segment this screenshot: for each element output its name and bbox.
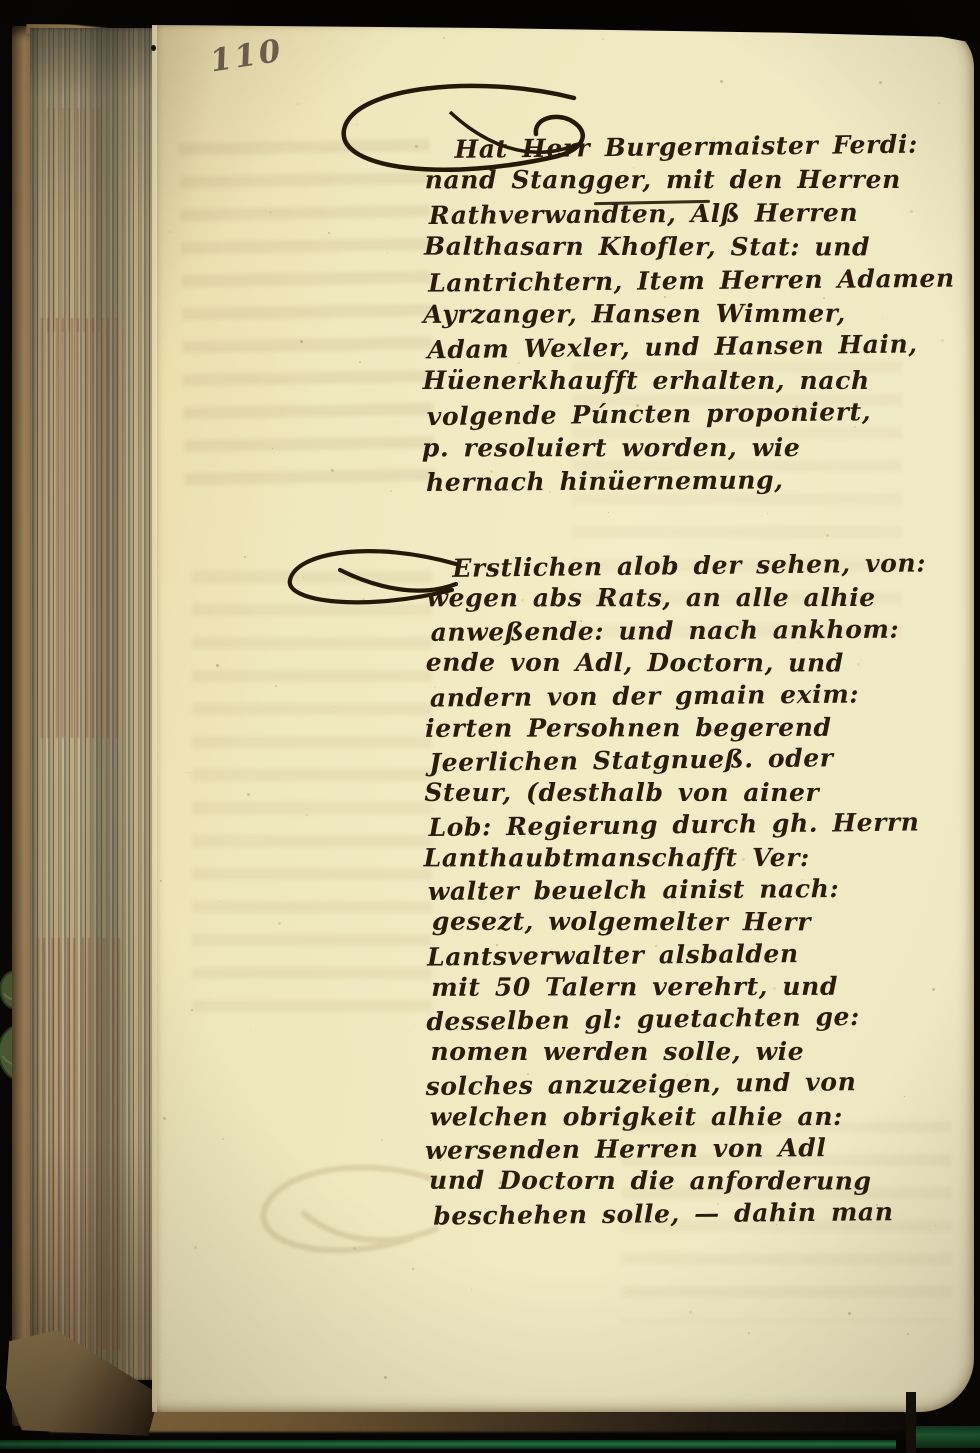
manuscript-line: gesezt, wolgemelter Herr [432, 906, 936, 939]
paragraph: Hat Herr Burgermaister Ferdi:nand Stangg… [420, 129, 948, 499]
paper-speck [443, 37, 445, 39]
paper-speck [219, 901, 220, 902]
manuscript-page: 110 Hat Herr Burgermaister Ferdi:nand St… [152, 22, 974, 1412]
paper-speck [356, 124, 357, 125]
manuscript-line: Lantsverwalter alsbalden [427, 936, 931, 973]
paper-speck [381, 1139, 383, 1141]
manuscript-line: Steur, (desthalb von ainer [424, 777, 928, 809]
manuscript-photo: { "page": { "folio_number": "110", "para… [0, 0, 980, 1453]
paper-speck [250, 1030, 251, 1031]
paper-speck [241, 319, 242, 320]
paper-speck [216, 664, 219, 667]
paper-speck [275, 685, 277, 687]
manuscript-line: nand Stangger, mit den Herren [425, 163, 952, 197]
manuscript-line: Lanthaubtmanschafft Ver: [424, 841, 928, 874]
paper-speck [689, 1311, 692, 1314]
paper-speck [630, 1290, 631, 1291]
paper-speck [362, 598, 365, 601]
manuscript-line: Adam Wexler, und Hansen Hain, [427, 327, 954, 367]
paper-speck [608, 512, 609, 513]
paper-speck [247, 793, 250, 796]
manuscript-line: Erstlichen alob der sehen, von: [452, 547, 926, 585]
paper-speck [194, 1246, 197, 1249]
manuscript-line: ende von Adl, Doctorn, und [426, 647, 930, 680]
paper-speck [387, 253, 388, 254]
manuscript-line: wegen abs Rats, an alle alhie [427, 582, 931, 615]
manuscript-line: anweßende: und nach ankhom: [431, 613, 935, 649]
manuscript-line: und Doctorn die anforderung [429, 1165, 933, 1198]
paper-speck [325, 1355, 326, 1356]
paper-speck [269, 211, 272, 214]
manuscript-line: wersenden Herren von Adl [425, 1131, 929, 1167]
paper-speck [163, 1117, 166, 1120]
fore-edge-red-streak [44, 108, 106, 332]
paper-speck [415, 145, 418, 148]
manuscript-line: Hüenerkhaufft erhalten, nach [423, 364, 950, 397]
manuscript-line: Rathverwandten, Alß Herren [429, 195, 956, 232]
table-post [906, 1392, 916, 1453]
manuscript-line: volgende Púncten proponiert, [427, 394, 954, 433]
paper-speck [359, 361, 361, 363]
paper-speck [848, 1312, 851, 1315]
fore-edge-red-streak [34, 938, 126, 1350]
paper-speck [826, 534, 829, 537]
paragraph: Erstlichen alob der sehen, von:wegen abs… [422, 549, 929, 1231]
paper-speck [244, 556, 246, 558]
page-edge-spot [151, 45, 156, 51]
manuscript-line: welchen obrigkeit alhie an: [430, 1101, 934, 1134]
paper-speck [191, 1009, 193, 1011]
paper-speck [222, 1138, 224, 1140]
table-edge [0, 1440, 896, 1449]
paper-speck [602, 38, 604, 40]
paper-speck [297, 103, 299, 105]
paper-speck [720, 80, 723, 83]
paper-speck [331, 469, 334, 472]
paper-speck [748, 1332, 750, 1334]
paper-speck [907, 1333, 909, 1335]
paper-speck [353, 1247, 356, 1250]
manuscript-line: Jeerlichen Statgnueß. oder [429, 741, 933, 780]
fore-edge-red-streak [38, 318, 120, 738]
manuscript-line: Balthasarn Khofler, Stat: und [424, 230, 951, 264]
paper-speck [409, 1031, 410, 1032]
paper-speck [661, 59, 662, 60]
bleed-through-text [192, 562, 432, 1032]
paper-speck [390, 490, 392, 492]
manuscript-line: walter beuelch ainist nach: [428, 872, 932, 908]
paper-speck [471, 1289, 472, 1290]
paper-speck [879, 81, 882, 84]
paper-speck [300, 340, 303, 343]
paper-speck [160, 880, 162, 882]
paper-speck [272, 448, 273, 449]
paper-speck [306, 814, 308, 816]
manuscript-line: andern von der gmain exim: [430, 677, 934, 714]
paper-speck [384, 1376, 387, 1379]
manuscript-line: solches anzuzeigen, und von [425, 1066, 929, 1104]
manuscript-line: desselben gl: guetachten ge: [426, 1001, 930, 1040]
paper-speck [303, 577, 304, 578]
manuscript-line: p. resoluiert worden, wie [422, 430, 949, 464]
manuscript-line: Lantrichtern, Item Herren Adamen [428, 261, 955, 299]
paper-speck [166, 1354, 167, 1355]
paper-speck [188, 772, 189, 773]
manuscript-line: ierten Persohnen begerend [425, 711, 929, 745]
paper-speck [938, 102, 940, 104]
paper-speck [334, 706, 335, 707]
manuscript-line: beschehen solle, — dahin man [433, 1196, 937, 1233]
bleed-through-text [179, 130, 435, 494]
manuscript-line: mit 50 Talern verehrt, und [431, 971, 935, 1005]
manuscript-line: Ayrzanger, Hansen Wimmer, [423, 296, 950, 331]
manuscript-line: hernach hinüernemung, [426, 462, 953, 499]
paper-speck [278, 922, 281, 925]
book-tail-edge [48, 1410, 918, 1432]
manuscript-line: Lob: Regierung durch gh. Herrn [428, 806, 932, 844]
table-edge-corner [916, 1426, 980, 1448]
paper-speck [197, 123, 198, 124]
paper-speck [412, 1268, 414, 1270]
folio-number: 110 [208, 32, 286, 79]
manuscript-line: Hat Herr Burgermaister Ferdi: [454, 127, 947, 166]
manuscript-line: nomen werden solle, wie [430, 1036, 934, 1068]
paper-speck [767, 513, 768, 514]
paper-speck [328, 232, 330, 234]
paper-speck [169, 231, 171, 233]
